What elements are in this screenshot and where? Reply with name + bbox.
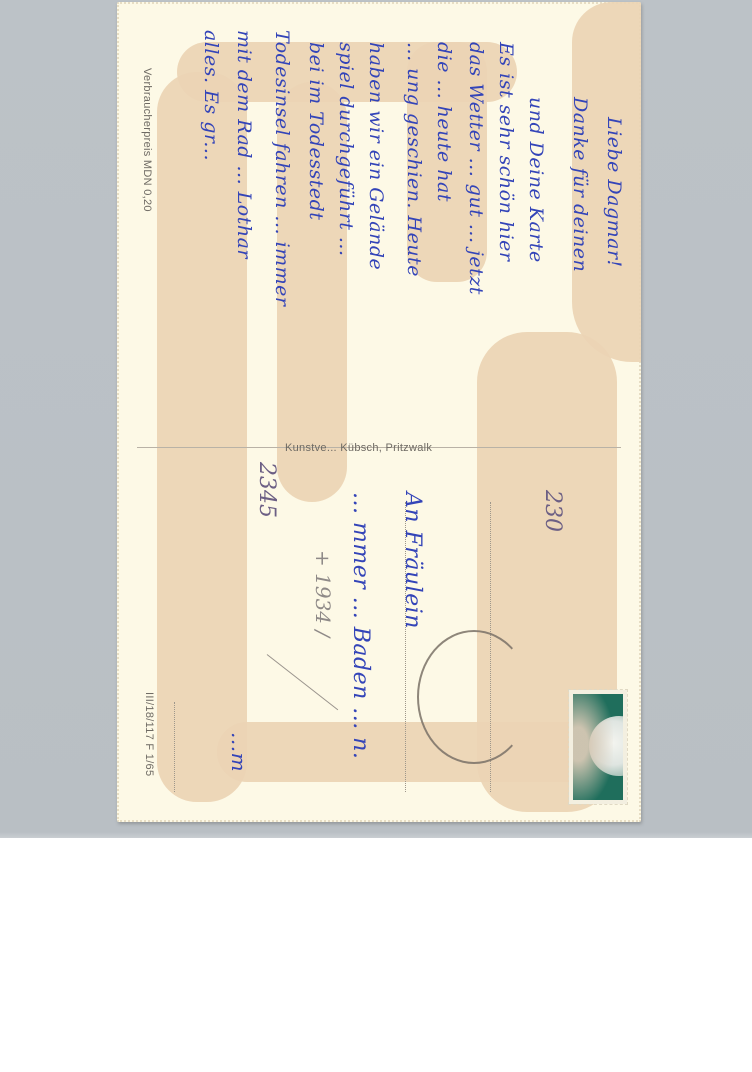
address-line-text: ...m: [227, 732, 251, 772]
address-line-text: ... mmer ... Baden ... n.: [348, 492, 373, 759]
stamp-stain: [569, 690, 613, 804]
message-line: mit dem Rad ... Lothar: [233, 30, 255, 259]
stain-bottom-band: [217, 722, 597, 782]
message-line: spiel durchgeführt ...: [335, 42, 357, 257]
message-line: haben wir ein Gelände: [365, 42, 387, 270]
pencil-note-230: 230: [540, 490, 565, 532]
price-label: Verbraucherpreis MDN 0,20: [141, 68, 153, 212]
message-line: Todesinsel fahren ... immer: [271, 30, 293, 307]
publisher-label: Kunstve... Kübsch, Pritzwalk: [285, 442, 432, 454]
message-line: alles. Es gr...: [200, 30, 222, 161]
message-line: bei im Todesstedt: [305, 42, 327, 220]
address-line-3: [174, 702, 175, 792]
message-line: die ... heute hat: [433, 42, 455, 202]
postcard: Verbraucherpreis MDN 0,20 Kunstve... Küb…: [117, 2, 641, 822]
message-line: das Wetter ... gut ... jetzt: [465, 42, 487, 295]
message-line: Danke für deinen: [569, 97, 591, 272]
postmark-circle: [417, 630, 531, 764]
pencil-note-2345: 2345: [254, 462, 279, 518]
print-code: III/18/117 F 1/65: [143, 692, 155, 776]
message-line: und Deine Karte: [525, 97, 547, 263]
pencil-slash-mark: [267, 654, 339, 710]
message-line: Liebe Dagmar!: [603, 117, 625, 268]
pencil-note-1934: + 1934 /: [311, 550, 335, 637]
postage-stamp: [569, 690, 627, 804]
message-line: Es ist sehr schön hier: [495, 42, 517, 262]
message-line: ... ung geschien. Heute: [403, 42, 425, 277]
address-line-text: An Fräulein: [400, 492, 425, 629]
